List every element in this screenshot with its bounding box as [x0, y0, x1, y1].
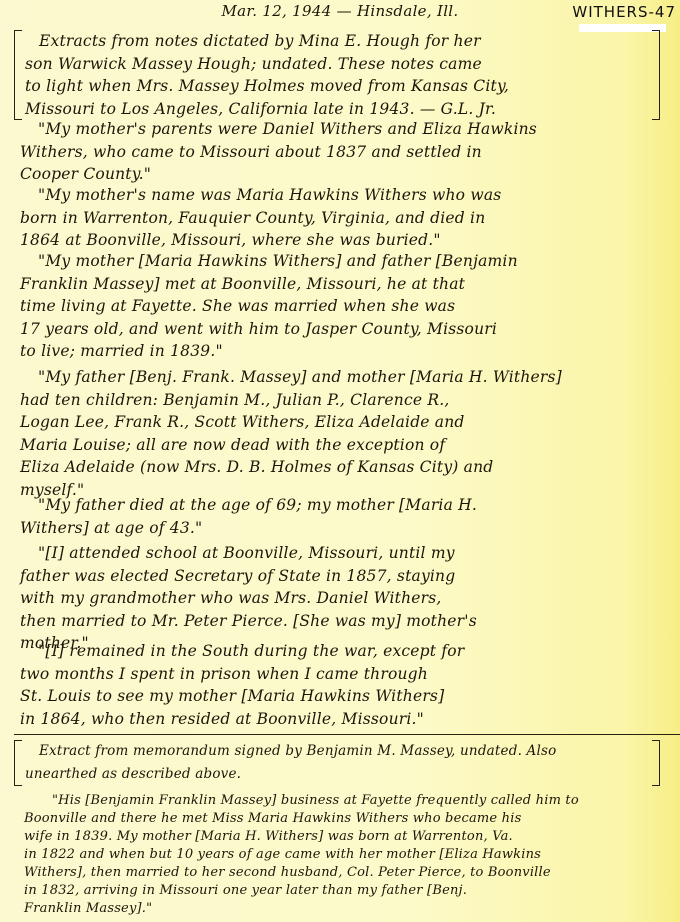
para-line: "My mother's name was Maria Hawkins With… [20, 184, 666, 207]
memo-line: wife in 1839. My mother [Maria H. Wither… [24, 828, 676, 846]
para-line: father was elected Secretary of State in… [20, 565, 666, 588]
section-divider [14, 734, 680, 735]
quote-paragraph-war: "[I] remained in the South during the wa… [20, 640, 666, 730]
intro-bracket-note: Extracts from notes dictated by Mina E. … [14, 30, 660, 120]
memo-line: in 1832, arriving in Missouri one year l… [24, 882, 676, 900]
para-line: had ten children: Benjamin M., Julian P.… [20, 389, 666, 412]
para-line: with my grandmother who was Mrs. Daniel … [20, 587, 666, 610]
para-line: Withers] at age of 43." [20, 517, 666, 540]
para-line: Withers, who came to Missouri about 1837… [20, 141, 666, 164]
memo-note-line: unearthed as described above. [25, 763, 649, 786]
para-line: "My father [Benj. Frank. Massey] and mot… [20, 366, 666, 389]
para-line: Franklin Massey] met at Boonville, Misso… [20, 273, 666, 296]
para-line: "[I] attended school at Boonville, Misso… [20, 542, 666, 565]
para-line: "[I] remained in the South during the wa… [20, 640, 666, 663]
file-label: WITHERS-47 [572, 3, 676, 21]
para-line: two months I spent in prison when I came… [20, 663, 666, 686]
memo-line: Withers], then married to her second hus… [24, 864, 676, 882]
quote-paragraph-ages: "My father died at the age of 69; my mot… [20, 494, 666, 539]
memo-bracket-note: Extract from memorandum signed by Benjam… [14, 740, 660, 786]
para-line: "My mother's parents were Daniel Withers… [20, 118, 666, 141]
para-line: St. Louis to see my mother [Maria Hawkin… [20, 685, 666, 708]
para-line: Eliza Adelaide (now Mrs. D. B. Holmes of… [20, 456, 666, 479]
para-line: Maria Louise; all are now dead with the … [20, 434, 666, 457]
intro-line: to light when Mrs. Massey Holmes moved f… [25, 75, 649, 98]
memo-line: in 1822 and when but 10 years of age cam… [24, 846, 676, 864]
para-line: 17 years old, and went with him to Jaspe… [20, 318, 666, 341]
para-line: 1864 at Boonville, Missouri, where she w… [20, 229, 666, 252]
para-line: Logan Lee, Frank R., Scott Withers, Eliz… [20, 411, 666, 434]
quote-paragraph-marriage: "My mother [Maria Hawkins Withers] and f… [20, 250, 666, 363]
para-line: to live; married in 1839." [20, 340, 666, 363]
memo-line: Franklin Massey]." [24, 900, 676, 918]
memo-line: Boonville and there he met Miss Maria Ha… [24, 810, 676, 828]
para-line: born in Warrenton, Fauquier County, Virg… [20, 207, 666, 230]
quote-paragraph-school: "[I] attended school at Boonville, Misso… [20, 542, 666, 655]
para-line: time living at Fayette. She was married … [20, 295, 666, 318]
para-line: "My mother [Maria Hawkins Withers] and f… [20, 250, 666, 273]
quote-paragraph-parents: "My mother's parents were Daniel Withers… [20, 118, 666, 186]
quote-paragraph-children: "My father [Benj. Frank. Massey] and mot… [20, 366, 666, 501]
para-line: in 1864, who then resided at Boonville, … [20, 708, 666, 731]
intro-line: son Warwick Massey Hough; undated. These… [25, 53, 649, 76]
intro-line: Extracts from notes dictated by Mina E. … [25, 30, 649, 53]
para-line: "My father died at the age of 69; my mot… [20, 494, 666, 517]
para-line: Cooper County." [20, 163, 666, 186]
memo-note-line: Extract from memorandum signed by Benjam… [25, 740, 649, 763]
para-line: then married to Mr. Peter Pierce. [She w… [20, 610, 666, 633]
quote-paragraph-mother-name: "My mother's name was Maria Hawkins With… [20, 184, 666, 252]
memo-line: "His [Benjamin Franklin Massey] business… [24, 792, 676, 810]
memo-paragraph: "His [Benjamin Franklin Massey] business… [24, 792, 676, 918]
manuscript-page: Mar. 12, 1944 — Hinsdale, Ill. WITHERS-4… [0, 0, 680, 922]
intro-line: Missouri to Los Angeles, California late… [25, 98, 649, 121]
